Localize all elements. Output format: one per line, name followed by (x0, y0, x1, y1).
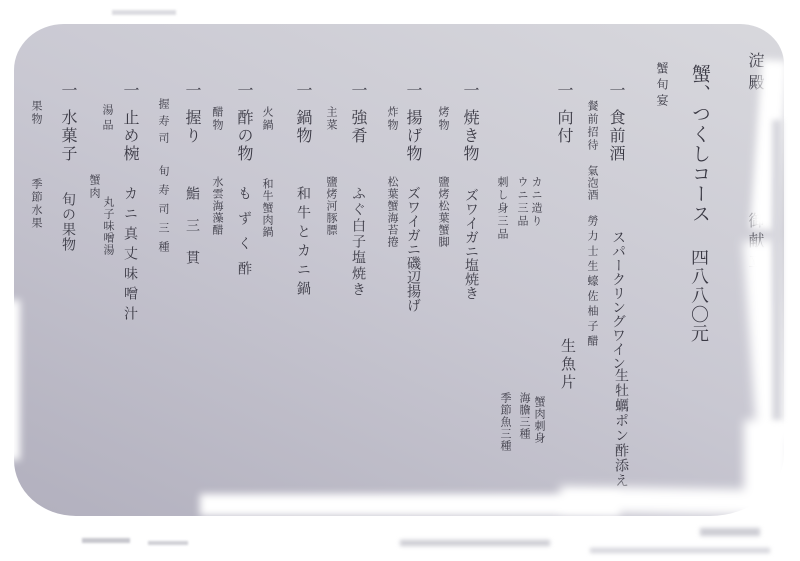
edge-speck (400, 540, 550, 546)
zh-item: 蟹肉 (88, 174, 99, 200)
menu-photo: 淀殿 御献立 蟹、つくしコース 四八八〇元 蟹旬宴 一 食前酒 スパークリングワ… (0, 0, 800, 561)
course-item-text: カニ真丈味噌汁 (122, 186, 136, 326)
zh-category: 炸物 (386, 106, 397, 132)
course-marker: 一 (183, 82, 199, 100)
course-header-sunomono: 一 酢の物 (235, 82, 251, 163)
zh-item: 海膽三種 (518, 392, 529, 440)
zh-item-text: 蟹肉刺身 (533, 396, 544, 444)
course-header-aperitif: 一 食前酒 (607, 82, 623, 163)
course-marker: 一 (461, 82, 477, 100)
course-name: 強肴 (349, 109, 365, 145)
zh-category: 火鍋 (261, 106, 272, 132)
course-title: 蟹、つくしコース (690, 64, 709, 224)
course-header-yakimono: 一 焼き物 (461, 82, 477, 163)
zh-item: 水雲海藻醋 (211, 176, 222, 236)
zh-item: 旬寿司三種 (157, 165, 168, 260)
zh-item-text: 海膽三種 (518, 392, 529, 440)
course-zh-column: 果物 季節水果 (30, 100, 41, 230)
zh-item: 鹽烤河豚膘 (325, 176, 336, 236)
course-marker: 一 (59, 82, 75, 100)
zh-item: 氣泡酒 (586, 165, 597, 201)
course-item-text: ウニ三品 (516, 176, 527, 228)
course-title-column: 蟹、つくしコース 四八八〇元 (690, 64, 709, 343)
course-name: 鍋物 (294, 109, 310, 145)
edge-speck (700, 528, 760, 536)
zh-category: 湯品 (101, 104, 112, 134)
paper-tear-bottom (200, 494, 620, 516)
course-zh-column: 握寿司 旬寿司三種 (157, 98, 168, 260)
course-item-text: ふぐ白子塩焼き (350, 186, 364, 298)
zh-category-text: 生魚片 (559, 338, 574, 392)
course-zh-column: 火鍋 和牛蟹肉鍋 (261, 106, 272, 238)
course-item-text: もずく酢 (236, 186, 250, 286)
course-marker: 一 (555, 82, 571, 100)
course-name: 焼き物 (461, 109, 477, 163)
course-marker: 一 (404, 82, 420, 100)
course-name: 揚げ物 (404, 109, 420, 163)
zh-item-text: 丸子味噌湯 (102, 196, 113, 256)
course-item-text: 和牛とカニ鍋 (295, 186, 309, 300)
course-item: もずく酢 (236, 186, 250, 286)
course-item: 鮨三貫 (184, 186, 198, 282)
edge-speck (112, 10, 176, 15)
course-item: カニ真丈味噌汁 (122, 186, 136, 326)
zh-item: 鹽烤松葉蟹脚 (437, 176, 448, 248)
zh-category: 餐前招待 (586, 100, 597, 152)
course-item: 和牛とカニ鍋 (295, 186, 309, 300)
course-item: ウニ三品 (516, 176, 527, 228)
course-header-nigiri: 一 握り (183, 82, 199, 145)
zh-item: 季節水果 (30, 178, 41, 230)
course-name: 食前酒 (607, 109, 623, 163)
course-item-text: ズワイガニ塩焼き (463, 188, 477, 300)
zh-item: 丸子味噌湯 (102, 196, 113, 256)
course-item-text: カニ造り (530, 176, 541, 228)
course-marker: 一 (607, 82, 623, 100)
zh-category: 醋物 (211, 106, 222, 132)
course-item: ズワイガニ磯辺揚げ (405, 186, 419, 312)
course-item-text: ズワイガニ磯辺揚げ (405, 186, 419, 312)
course-price: 四八八〇元 (690, 248, 708, 343)
course-header-tomewan: 一 止め椀 (121, 82, 137, 163)
zh-category: 握寿司 (157, 98, 168, 149)
banquet-label-text: 蟹旬宴 (656, 62, 668, 110)
paper-tear-bottom-right (560, 486, 770, 516)
course-item: 旬の果物 (60, 192, 74, 252)
zh-item-text: 蟹肉 (88, 174, 99, 200)
course-marker: 一 (349, 82, 365, 100)
course-marker: 一 (294, 82, 310, 100)
course-item: 刺し身三品 (496, 176, 507, 241)
zh-category: 烤物 (437, 106, 448, 132)
edge-speck (82, 538, 130, 543)
edge-texture-right (772, 120, 782, 420)
edge-speck (148, 541, 188, 545)
course-header-nabemono: 一 鍋物 (294, 82, 310, 145)
course-zh-column: 餐前招待 氣泡酒 勞力士生蠔佐柚子醋 (586, 100, 597, 350)
zh-item: 松葉蟹海苔捲 (386, 176, 397, 248)
zh-item: 蟹肉刺身 (533, 396, 544, 444)
course-item-text: 生牡蠣ポン酢添え (613, 368, 627, 488)
zh-category: 主菜 (325, 106, 336, 132)
course-zh-column: 烤物 鹽烤松葉蟹脚 (437, 106, 448, 248)
course-item: ふぐ白子塩焼き (350, 186, 364, 298)
course-item-text: スパークリングワイン (610, 230, 624, 370)
course-header-shiizakana: 一 強肴 (349, 82, 365, 145)
zh-item: 勞力士生蠔佐柚子醋 (586, 215, 597, 350)
course-item: スパークリングワイン (610, 230, 624, 370)
course-marker: 一 (121, 82, 137, 100)
paper-tear-left (6, 300, 20, 460)
edge-speck (590, 548, 770, 553)
course-zh-column: 醋物 水雲海藻醋 (211, 106, 222, 236)
course-name: 酢の物 (235, 109, 251, 163)
course-zh-column: 主菜 鹽烤河豚膘 (325, 106, 336, 236)
course-name: 握り (183, 109, 199, 145)
course-item: カニ造り (530, 176, 541, 228)
course-item: 生牡蠣ポン酢添え (613, 368, 627, 488)
zh-category: 果物 (30, 100, 41, 126)
course-header-mukozuke: 一 向付 (555, 82, 571, 145)
course-name: 向付 (555, 109, 571, 145)
zh-category-text: 湯品 (101, 104, 112, 134)
zh-item: 季節魚三種 (499, 392, 510, 452)
course-header-agemono: 一 揚げ物 (404, 82, 420, 163)
course-header-mizugashi: 一 水菓子 (59, 82, 75, 163)
course-name: 水菓子 (59, 109, 75, 163)
course-item: ズワイガニ塩焼き (463, 188, 477, 300)
zh-category-large: 生魚片 (559, 338, 574, 392)
banquet-label: 蟹旬宴 (656, 62, 668, 110)
zh-item-text: 季節魚三種 (499, 392, 510, 452)
course-zh-column: 炸物 松葉蟹海苔捲 (386, 106, 397, 248)
zh-item: 和牛蟹肉鍋 (261, 178, 272, 238)
course-name: 止め椀 (121, 109, 137, 163)
course-item-text: 旬の果物 (60, 192, 74, 252)
course-item-text: 鮨三貫 (184, 186, 198, 282)
course-item-text: 刺し身三品 (496, 176, 507, 241)
course-marker: 一 (235, 82, 251, 100)
